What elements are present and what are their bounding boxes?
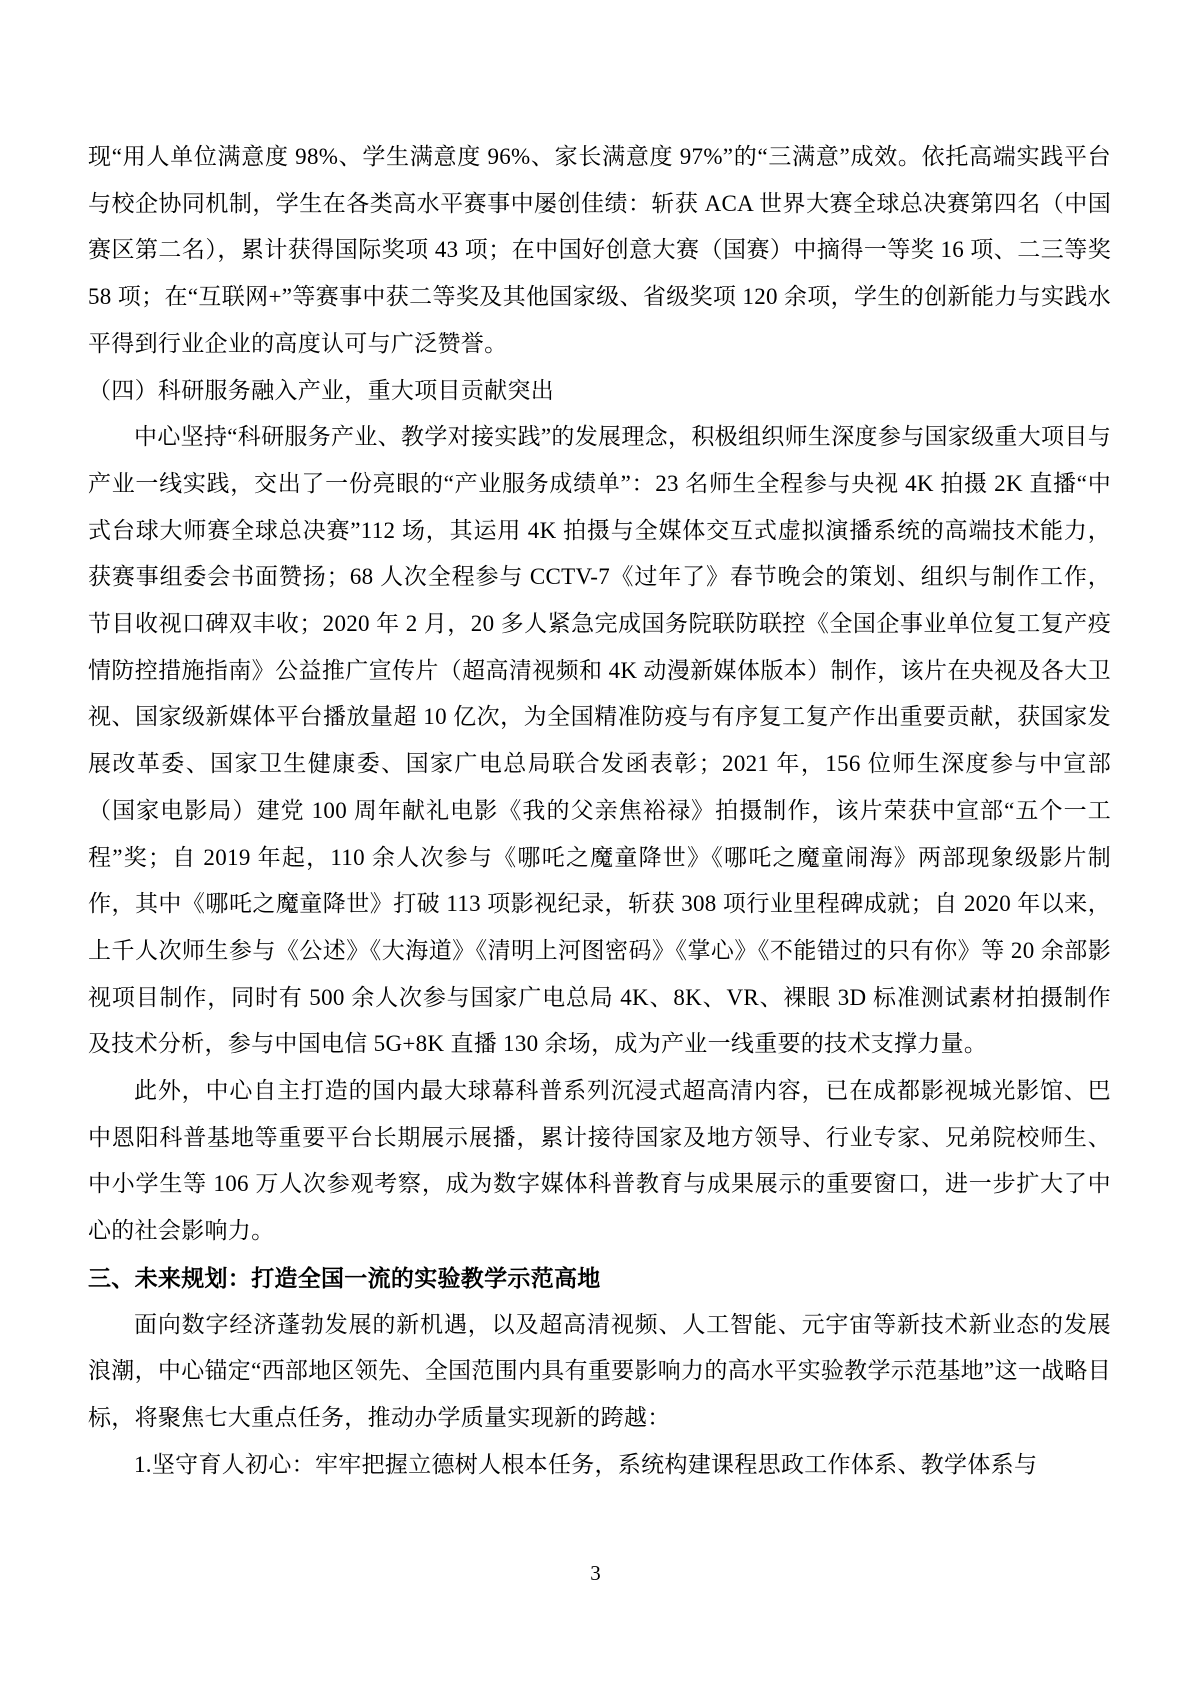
paragraph-strategic-goal: 面向数字经济蓬勃发展的新机遇，以及超高清视频、人工智能、元宇宙等新技术新业态的发… bbox=[88, 1302, 1111, 1442]
section-heading-future-plan: 三、未来规划：打造全国一流的实验教学示范高地 bbox=[88, 1255, 1111, 1302]
paragraph-continued-from-previous-page: 现“用人单位满意度 98%、学生满意度 96%、家长满意度 97%”的“三满意”… bbox=[88, 134, 1111, 368]
subsection-heading: （四）科研服务融入产业，重大项目贡献突出 bbox=[88, 368, 1111, 415]
paragraph-research-industry: 中心坚持“科研服务产业、教学对接实践”的发展理念，积极组织师生深度参与国家级重大… bbox=[88, 414, 1111, 1068]
page-number: 3 bbox=[0, 1561, 1191, 1585]
document-body: 现“用人单位满意度 98%、学生满意度 96%、家长满意度 97%”的“三满意”… bbox=[88, 134, 1111, 1488]
document-page: 现“用人单位满意度 98%、学生满意度 96%、家长满意度 97%”的“三满意”… bbox=[0, 0, 1191, 1684]
paragraph-science-popularization: 此外，中心自主打造的国内最大球幕科普系列沉浸式超高清内容，已在成都影视城光影馆、… bbox=[88, 1068, 1111, 1255]
paragraph-task-1: 1.坚守育人初心：牢牢把握立德树人根本任务，系统构建课程思政工作体系、教学体系与 bbox=[88, 1442, 1111, 1489]
